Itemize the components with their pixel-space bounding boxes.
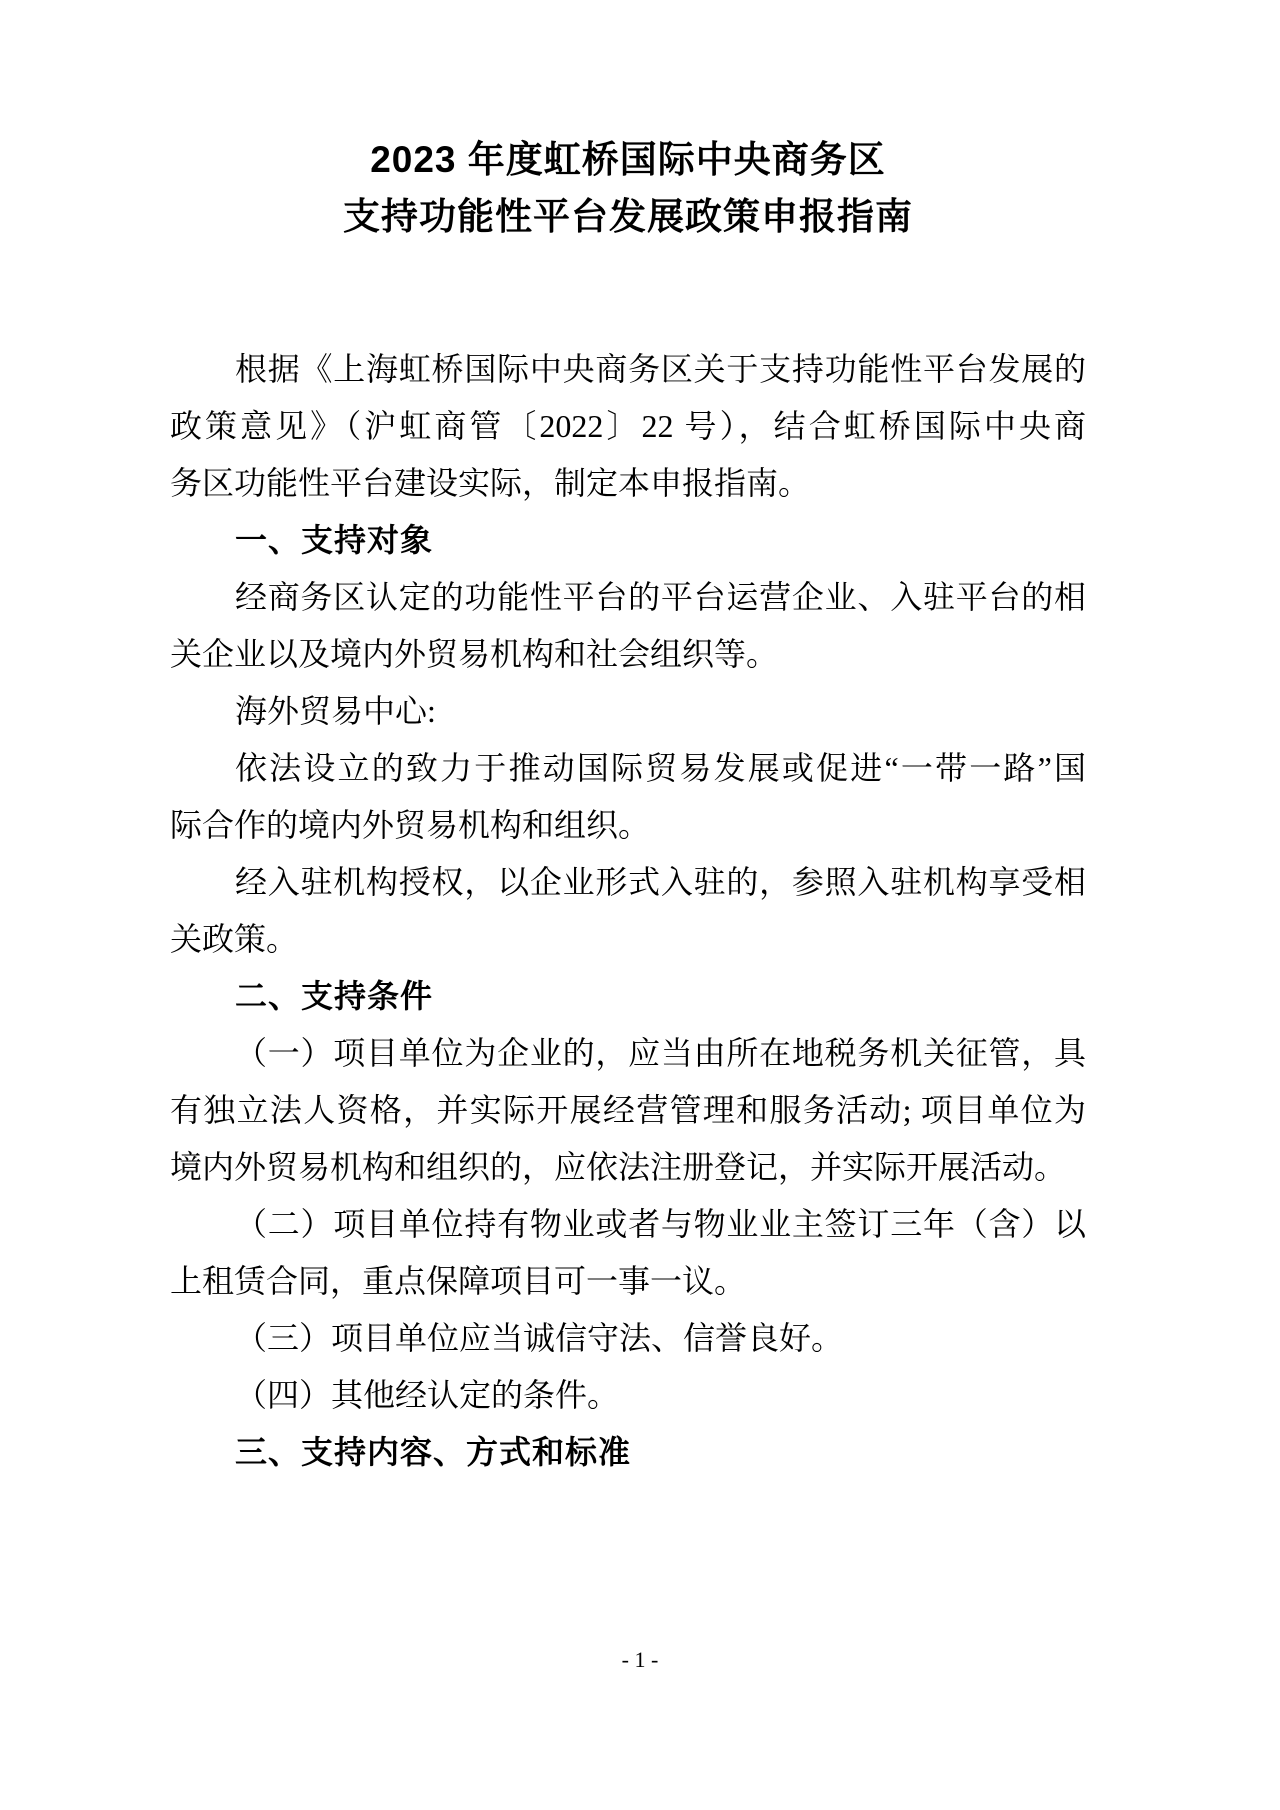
- section1-para3-line-2: 际合作的境内外贸易机构和组织。: [170, 797, 1086, 854]
- intro-line-3: 务区功能性平台建设实际，制定本申报指南。: [170, 455, 1086, 512]
- page-number: - 1 -: [0, 1645, 1280, 1675]
- section2-item1-line-1: （一）项目单位为企业的，应当由所在地税务机关征管，具: [170, 1025, 1086, 1082]
- section1-para4-line-2: 关政策。: [170, 911, 1086, 968]
- document-title-line-2: 支持功能性平台发展政策申报指南: [170, 188, 1086, 245]
- document-page: 2023 年度虹桥国际中央商务区 支持功能性平台发展政策申报指南 根据《上海虹桥…: [0, 0, 1280, 1810]
- title-body-spacer: [170, 245, 1086, 341]
- section2-heading: 二、支持条件: [170, 968, 1086, 1025]
- section2-item4-line-1: （四）其他经认定的条件。: [170, 1367, 1086, 1424]
- section1-para4-line-1: 经入驻机构授权，以企业形式入驻的，参照入驻机构享受相: [170, 854, 1086, 911]
- section1-para3-line-1: 依法设立的致力于推动国际贸易发展或促进“一带一路”国: [170, 740, 1086, 797]
- section1-heading: 一、支持对象: [170, 512, 1086, 569]
- document-body: 2023 年度虹桥国际中央商务区 支持功能性平台发展政策申报指南 根据《上海虹桥…: [170, 131, 1086, 1481]
- section3-heading: 三、支持内容、方式和标准: [170, 1424, 1086, 1481]
- section2-item3-line-1: （三）项目单位应当诚信守法、信誉良好。: [170, 1310, 1086, 1367]
- document-title-line-1: 2023 年度虹桥国际中央商务区: [170, 131, 1086, 188]
- section1-para2-line-1: 海外贸易中心:: [170, 683, 1086, 740]
- section2-item1-line-2: 有独立法人资格，并实际开展经营管理和服务活动; 项目单位为: [170, 1082, 1086, 1139]
- section1-para1-line-2: 关企业以及境内外贸易机构和社会组织等。: [170, 626, 1086, 683]
- section1-para1-line-1: 经商务区认定的功能性平台的平台运营企业、入驻平台的相: [170, 569, 1086, 626]
- intro-line-2: 政策意见》（沪虹商管〔2022〕22 号），结合虹桥国际中央商: [170, 398, 1086, 455]
- intro-line-1: 根据《上海虹桥国际中央商务区关于支持功能性平台发展的: [170, 341, 1086, 398]
- section2-item2-line-2: 上租赁合同，重点保障项目可一事一议。: [170, 1253, 1086, 1310]
- section2-item2-line-1: （二）项目单位持有物业或者与物业业主签订三年（含）以: [170, 1196, 1086, 1253]
- section2-item1-line-3: 境内外贸易机构和组织的，应依法注册登记，并实际开展活动。: [170, 1139, 1086, 1196]
